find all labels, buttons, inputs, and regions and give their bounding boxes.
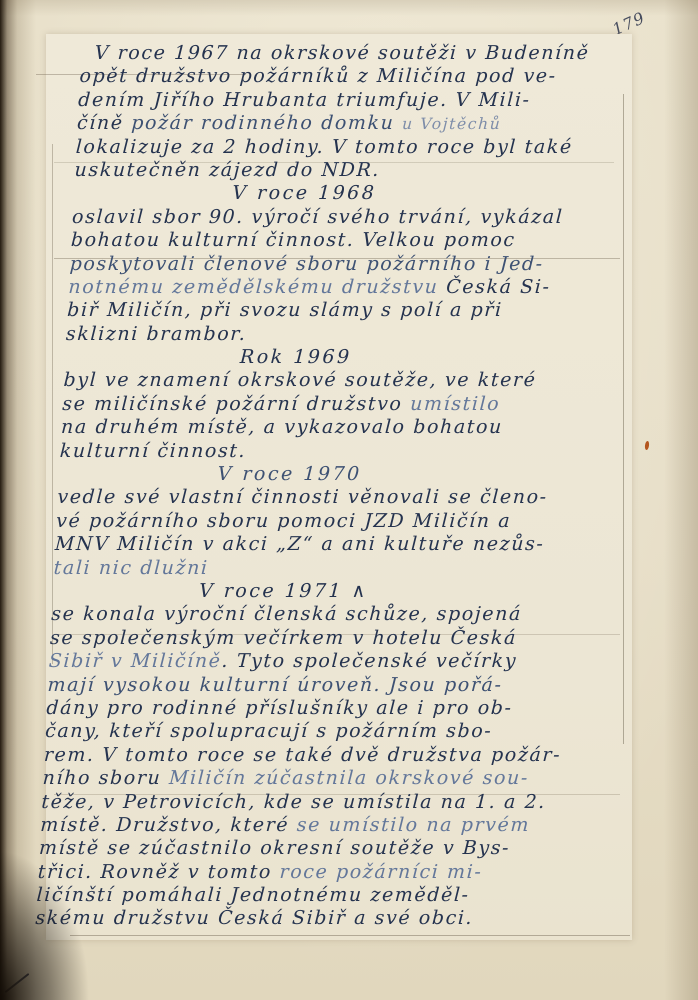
handwriting-run: požár rodinného domku [131, 112, 403, 134]
handwriting-run: dány pro rodinné příslušníky ale i pro o… [46, 697, 513, 719]
chronicle-page-photo: 179 V roce 1967 na okrskové soutěži v Bu… [0, 0, 698, 1000]
handwriting-run: se konala výroční členská schůze, spojen… [51, 603, 523, 625]
handwriting-run: lokalizuje za 2 hodiny. V tomto roce byl… [75, 136, 573, 158]
handwriting-line: se společenským večírkem v hotelu Česká [49, 627, 616, 650]
handwriting-line: vedle své vlastní činnosti věnovali se č… [57, 486, 624, 509]
handwriting-line: sklizni brambor. [65, 323, 632, 346]
handwriting-run: V roce 1968 [232, 182, 377, 204]
handwriting-run: se společenským večírkem v hotelu Česká [49, 627, 517, 649]
handwriting-line: místě. Družstvo, které se umístilo na pr… [40, 814, 607, 837]
handwriting-run: uskutečněn zájezd do NDR. [74, 159, 381, 181]
handwriting-line: na druhém místě, a vykazovalo bohatou [60, 416, 627, 439]
year-heading: V roce 1968 [73, 182, 640, 205]
handwriting-line: ního sboru Miličín zúčastnila okrskové s… [42, 767, 609, 790]
handwriting-line: ličínští pomáhali Jednotnému zeměděl- [36, 884, 603, 907]
handwriting-line: poskytovali členové sboru požárního i Je… [69, 253, 636, 276]
handwriting-line: uskutečněn zájezd do NDR. [74, 159, 641, 182]
handwriting-run: opět družstvo požárníků z Miličína pod v… [79, 65, 557, 87]
handwriting-run: skému družstvu Česká Sibiř a své obci. [35, 907, 474, 929]
ruled-line [70, 935, 630, 936]
handwriting-run: sklizni brambor. [65, 323, 247, 345]
handwriting-run: . Tyto společenské večírky [221, 650, 518, 672]
handwriting-line: byl ve znamení okrskové soutěže, ve kter… [63, 369, 630, 392]
handwriting-run: dením Jiřího Hrubanta triumfuje. V Mili- [78, 89, 532, 111]
page-right-shadow [664, 0, 698, 1000]
handwriting-run: místě. Družstvo, které [40, 814, 298, 836]
handwriting-run: bohatou kulturní činnost. Velkou pomoc [70, 229, 516, 251]
handwriting-line: se miličínské požární družstvo umístilo [62, 393, 629, 416]
handwriting-line: notnému zemědělskému družstvu Česká Si- [68, 276, 635, 299]
handwriting-line: tali nic dlužni [53, 557, 620, 580]
handwriting-run: číně [76, 112, 131, 134]
handwriting-run: mají vysokou kulturní úroveň. Jsou pořá- [47, 674, 503, 696]
handwriting-run: Česká Si- [446, 276, 551, 298]
handwriting-run: MNV Miličín v akci „Z“ a ani kultuře nez… [54, 533, 545, 555]
handwriting-run: tali nic dlužni [53, 557, 209, 579]
handwriting-line: biř Miličín, při svozu slámy s polí a př… [67, 299, 634, 322]
handwriting-run: notnému zemědělskému družstvu [68, 276, 447, 298]
handwriting-run: Miličín zúčastnila okrskové sou- [168, 767, 529, 789]
handwriting-run: poskytovali členové sboru požárního i Je… [69, 253, 544, 275]
handwriting-run: roce požárníci mi- [279, 861, 483, 883]
handwriting-line: oslavil sbor 90. výročí svého trvání, vy… [71, 206, 638, 229]
handwriting-run: na druhém místě, a vykazovalo bohatou [61, 416, 504, 438]
handwriting-line: bohatou kulturní činnost. Velkou pomoc [70, 229, 637, 252]
handwriting-run: byl ve znamení okrskové soutěže, ve kter… [63, 369, 537, 391]
handwriting-run: čany, kteří spolupracují s požárním sbo- [45, 720, 493, 742]
book-gutter-corner-shadow [0, 850, 90, 1000]
handwriting-line: V roce 1967 na okrskové soutěži v Budení… [80, 42, 647, 65]
handwriting-run: těže, v Petrovicích, kde se umístila na … [41, 791, 547, 813]
handwriting-line: čany, kteří spolupracují s požárním sbo- [45, 720, 612, 743]
handwriting-line: třici. Rovněž v tomto roce požárníci mi- [37, 861, 604, 884]
handwriting-run: vé požárního sboru pomoci JZD Miličín a [56, 510, 512, 532]
handwriting-run: rem. V tomto roce se také dvě družstva p… [43, 744, 561, 766]
handwriting-line: dány pro rodinné příslušníky ale i pro o… [46, 697, 613, 720]
handwriting-run: V roce 1970 [217, 463, 362, 485]
page-top-shadow [0, 0, 698, 16]
handwriting-line: místě se zúčastnilo okresní soutěže v By… [38, 837, 605, 860]
handwriting-line: skému družstvu Česká Sibiř a své obci. [35, 907, 602, 930]
handwriting-run: ličínští pomáhali Jednotnému zeměděl- [36, 884, 470, 906]
handwriting-run: u Vojtěchů [402, 115, 502, 133]
handwriting-line: MNV Miličín v akci „Z“ a ani kultuře nez… [54, 533, 621, 556]
handwriting-line: těže, v Petrovicích, kde se umístila na … [41, 791, 608, 814]
handwriting-run: se umístilo na prvém [296, 814, 530, 836]
manuscript-sheet: V roce 1967 na okrskové soutěži v Budení… [46, 34, 632, 940]
handwriting-run: V roce 1971 ∧ [198, 580, 368, 602]
handwriting-line: kulturní činnost. [59, 440, 626, 463]
year-heading: V roce 1970 [58, 463, 625, 486]
handwriting-run: umístilo [410, 393, 501, 415]
manuscript-lines: V roce 1967 na okrskové soutěži v Budení… [35, 42, 648, 931]
handwriting-line: dením Jiřího Hrubanta triumfuje. V Mili- [78, 89, 645, 112]
handwriting-run: kulturní činnost. [59, 440, 247, 462]
handwriting-line: číně požár rodinného domku u Vojtěchů [76, 112, 643, 135]
handwriting-run: Rok 1969 [239, 346, 352, 368]
handwriting-line: mají vysokou kulturní úroveň. Jsou pořá- [47, 674, 614, 697]
handwriting-run: vedle své vlastní činnosti věnovali se č… [57, 486, 548, 508]
handwriting-run: místě se zúčastnilo okresní soutěže v By… [38, 837, 510, 859]
handwriting-run: Sibiř v Miličíně [48, 650, 222, 672]
handwriting-line: Sibiř v Miličíně. Tyto společenské večír… [48, 650, 615, 673]
handwriting-run: se miličínské požární družstvo [62, 393, 411, 415]
handwriting-run: V roce 1967 na okrskové soutěži v Budení… [94, 42, 590, 64]
year-heading: V roce 1971 ∧ [52, 580, 619, 603]
year-heading: Rok 1969 [64, 346, 631, 369]
handwriting-run: ního sboru [42, 767, 169, 789]
handwriting-line: opět družstvo požárníků z Miličína pod v… [79, 65, 646, 88]
handwriting-line: lokalizuje za 2 hodiny. V tomto roce byl… [75, 136, 642, 159]
handwriting-line: se konala výroční členská schůze, spojen… [51, 603, 618, 626]
ink-speck [644, 441, 649, 450]
handwriting-line: rem. V tomto roce se také dvě družstva p… [43, 744, 610, 767]
handwriting-line: vé požárního sboru pomoci JZD Miličín a [56, 510, 623, 533]
handwriting-run: biř Miličín, při svozu slámy s polí a př… [67, 299, 504, 321]
handwriting-run: oslavil sbor 90. výročí svého trvání, vy… [72, 206, 564, 228]
